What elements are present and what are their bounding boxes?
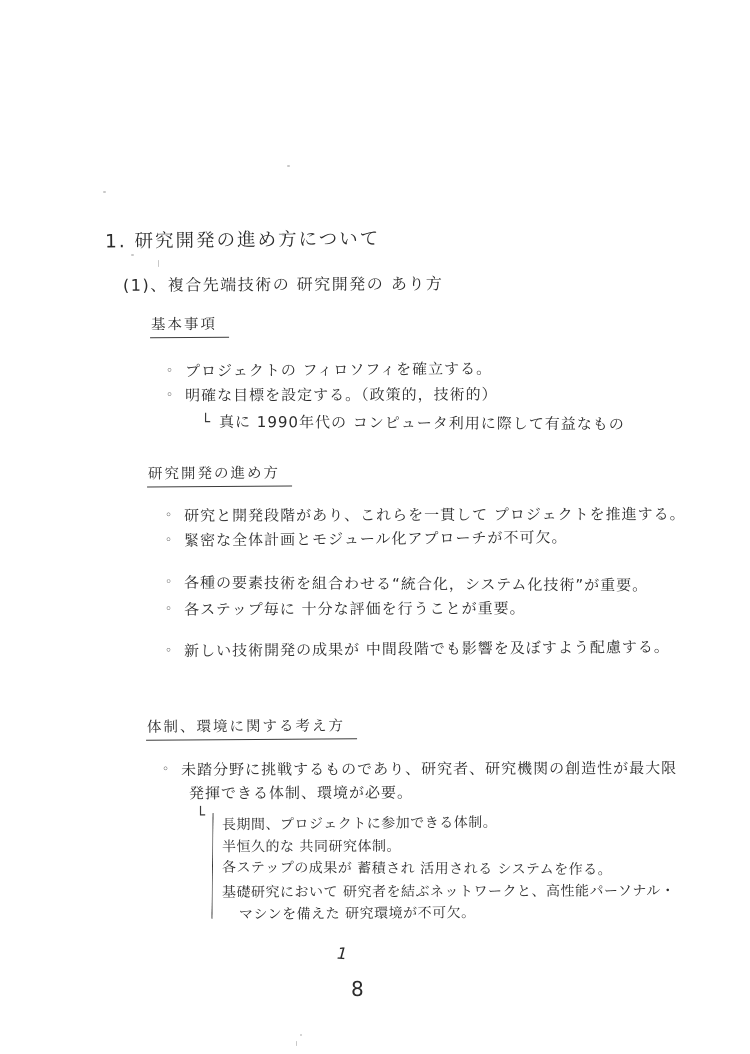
scan-speck	[282, 233, 285, 236]
bullet-icon: ◦	[165, 533, 173, 548]
bullet-icon: ◦	[165, 575, 173, 590]
document-title: 1. 研究開発の進め方について	[105, 228, 380, 254]
bullet-text: 未踏分野に挑戦するものであり、研究者、研究機関の創造性が最大限	[181, 759, 677, 779]
scan-speck	[300, 1034, 302, 1036]
scan-speck	[131, 254, 134, 256]
brace-line	[211, 813, 213, 919]
section3-bullet-continuation: 発揮できる体制、環境が必要。	[189, 784, 413, 804]
bullet-icon: ◦	[165, 508, 173, 523]
section1-note-line: └真に 1990年代の コンピュータ利用に際して有益なもの	[201, 413, 625, 434]
document-subtitle: (1)、複合先端技術の 研究開発の あり方	[123, 274, 443, 296]
scan-speck	[103, 191, 106, 193]
section2-bullet-item: ◦各ステップ毎に 十分な評価を行うことが重要。	[165, 599, 526, 619]
section2-bullet-item: ◦各種の要素技術を組合わせる“統合化，システム化技術”が重要。	[165, 574, 648, 596]
bullet-text: プロジェクトの フィロソフィを確立する。	[185, 360, 492, 381]
corner-connector-icon: └	[201, 413, 211, 432]
bullet-text: 各種の要素技術を組合わせる“統合化，システム化技術”が重要。	[184, 574, 648, 595]
bullet-text: 新しい技術開発の成果が 中間段階でも影響を及ぼすよう配慮する。	[184, 638, 670, 660]
bullet-icon: ◦	[165, 602, 173, 617]
bullet-icon: ◦	[165, 643, 173, 658]
bullet-text: 緊密な全体計画とモジュール化アプローチが不可欠。	[184, 528, 568, 549]
section-heading-process: 研究開発の進め方	[147, 464, 292, 487]
bullet-text: 研究と開発段階があり、これらを一貫して プロジェクトを推進する。	[184, 505, 686, 525]
section3-subitem-continuation: マシンを備えた 研究環境が不可欠。	[239, 905, 476, 925]
section3-bullet-item: ◦未踏分野に挑戦するものであり、研究者、研究機関の創造性が最大限	[162, 759, 677, 780]
section-heading-basics: 基本事項	[150, 316, 229, 339]
section3-subitem: 基礎研究において 研究者を結ぶネットワークと、高性能パーソナル・	[222, 883, 675, 902]
bullet-icon: ◦	[166, 363, 174, 378]
bullet-icon: ◦	[162, 762, 170, 777]
section2-bullet-item: ◦新しい技術開発の成果が 中間段階でも影響を及ぼすよう配慮する。	[165, 638, 670, 661]
bullet-text: 各ステップ毎に 十分な評価を行うことが重要。	[184, 599, 526, 618]
footer-sheet-number: 8	[351, 977, 365, 1002]
section2-bullet-item: ◦緊密な全体計画とモジュール化アプローチが不可欠。	[165, 528, 568, 550]
note-text: 真に 1990年代の コンピュータ利用に際して有益なもの	[219, 413, 625, 433]
section3-subitem: 各ステップの成果が 蓄積され 活用される システムを作る。	[222, 860, 612, 880]
footer-page-number: 1	[336, 944, 349, 965]
corner-connector-icon: └	[196, 806, 206, 825]
bullet-text: 明確な目標を設定する。（政策的，技術的）	[185, 385, 498, 404]
section-heading-organization: 体制、環境に関する考え方	[146, 717, 357, 741]
bullet-icon: ◦	[166, 388, 174, 403]
scan-speck	[287, 165, 290, 167]
section2-bullet-item: ◦研究と開発段階があり、これらを一貫して プロジェクトを推進する。	[165, 505, 686, 526]
scan-speck	[158, 260, 159, 267]
section1-bullet-item: ◦明確な目標を設定する。（政策的，技術的）	[166, 385, 498, 405]
section3-subitem: 半恒久的な 共同研究体制。	[222, 839, 401, 857]
scan-speck	[296, 1041, 297, 1046]
scanned-document-page: 1. 研究開発の進め方について (1)、複合先端技術の 研究開発の あり方 基本…	[0, 0, 750, 1054]
section1-bullet-item: ◦プロジェクトの フィロソフィを確立する。	[166, 360, 492, 382]
section3-subitem: 長期間、プロジェクトに参加できる体制。	[222, 815, 497, 835]
